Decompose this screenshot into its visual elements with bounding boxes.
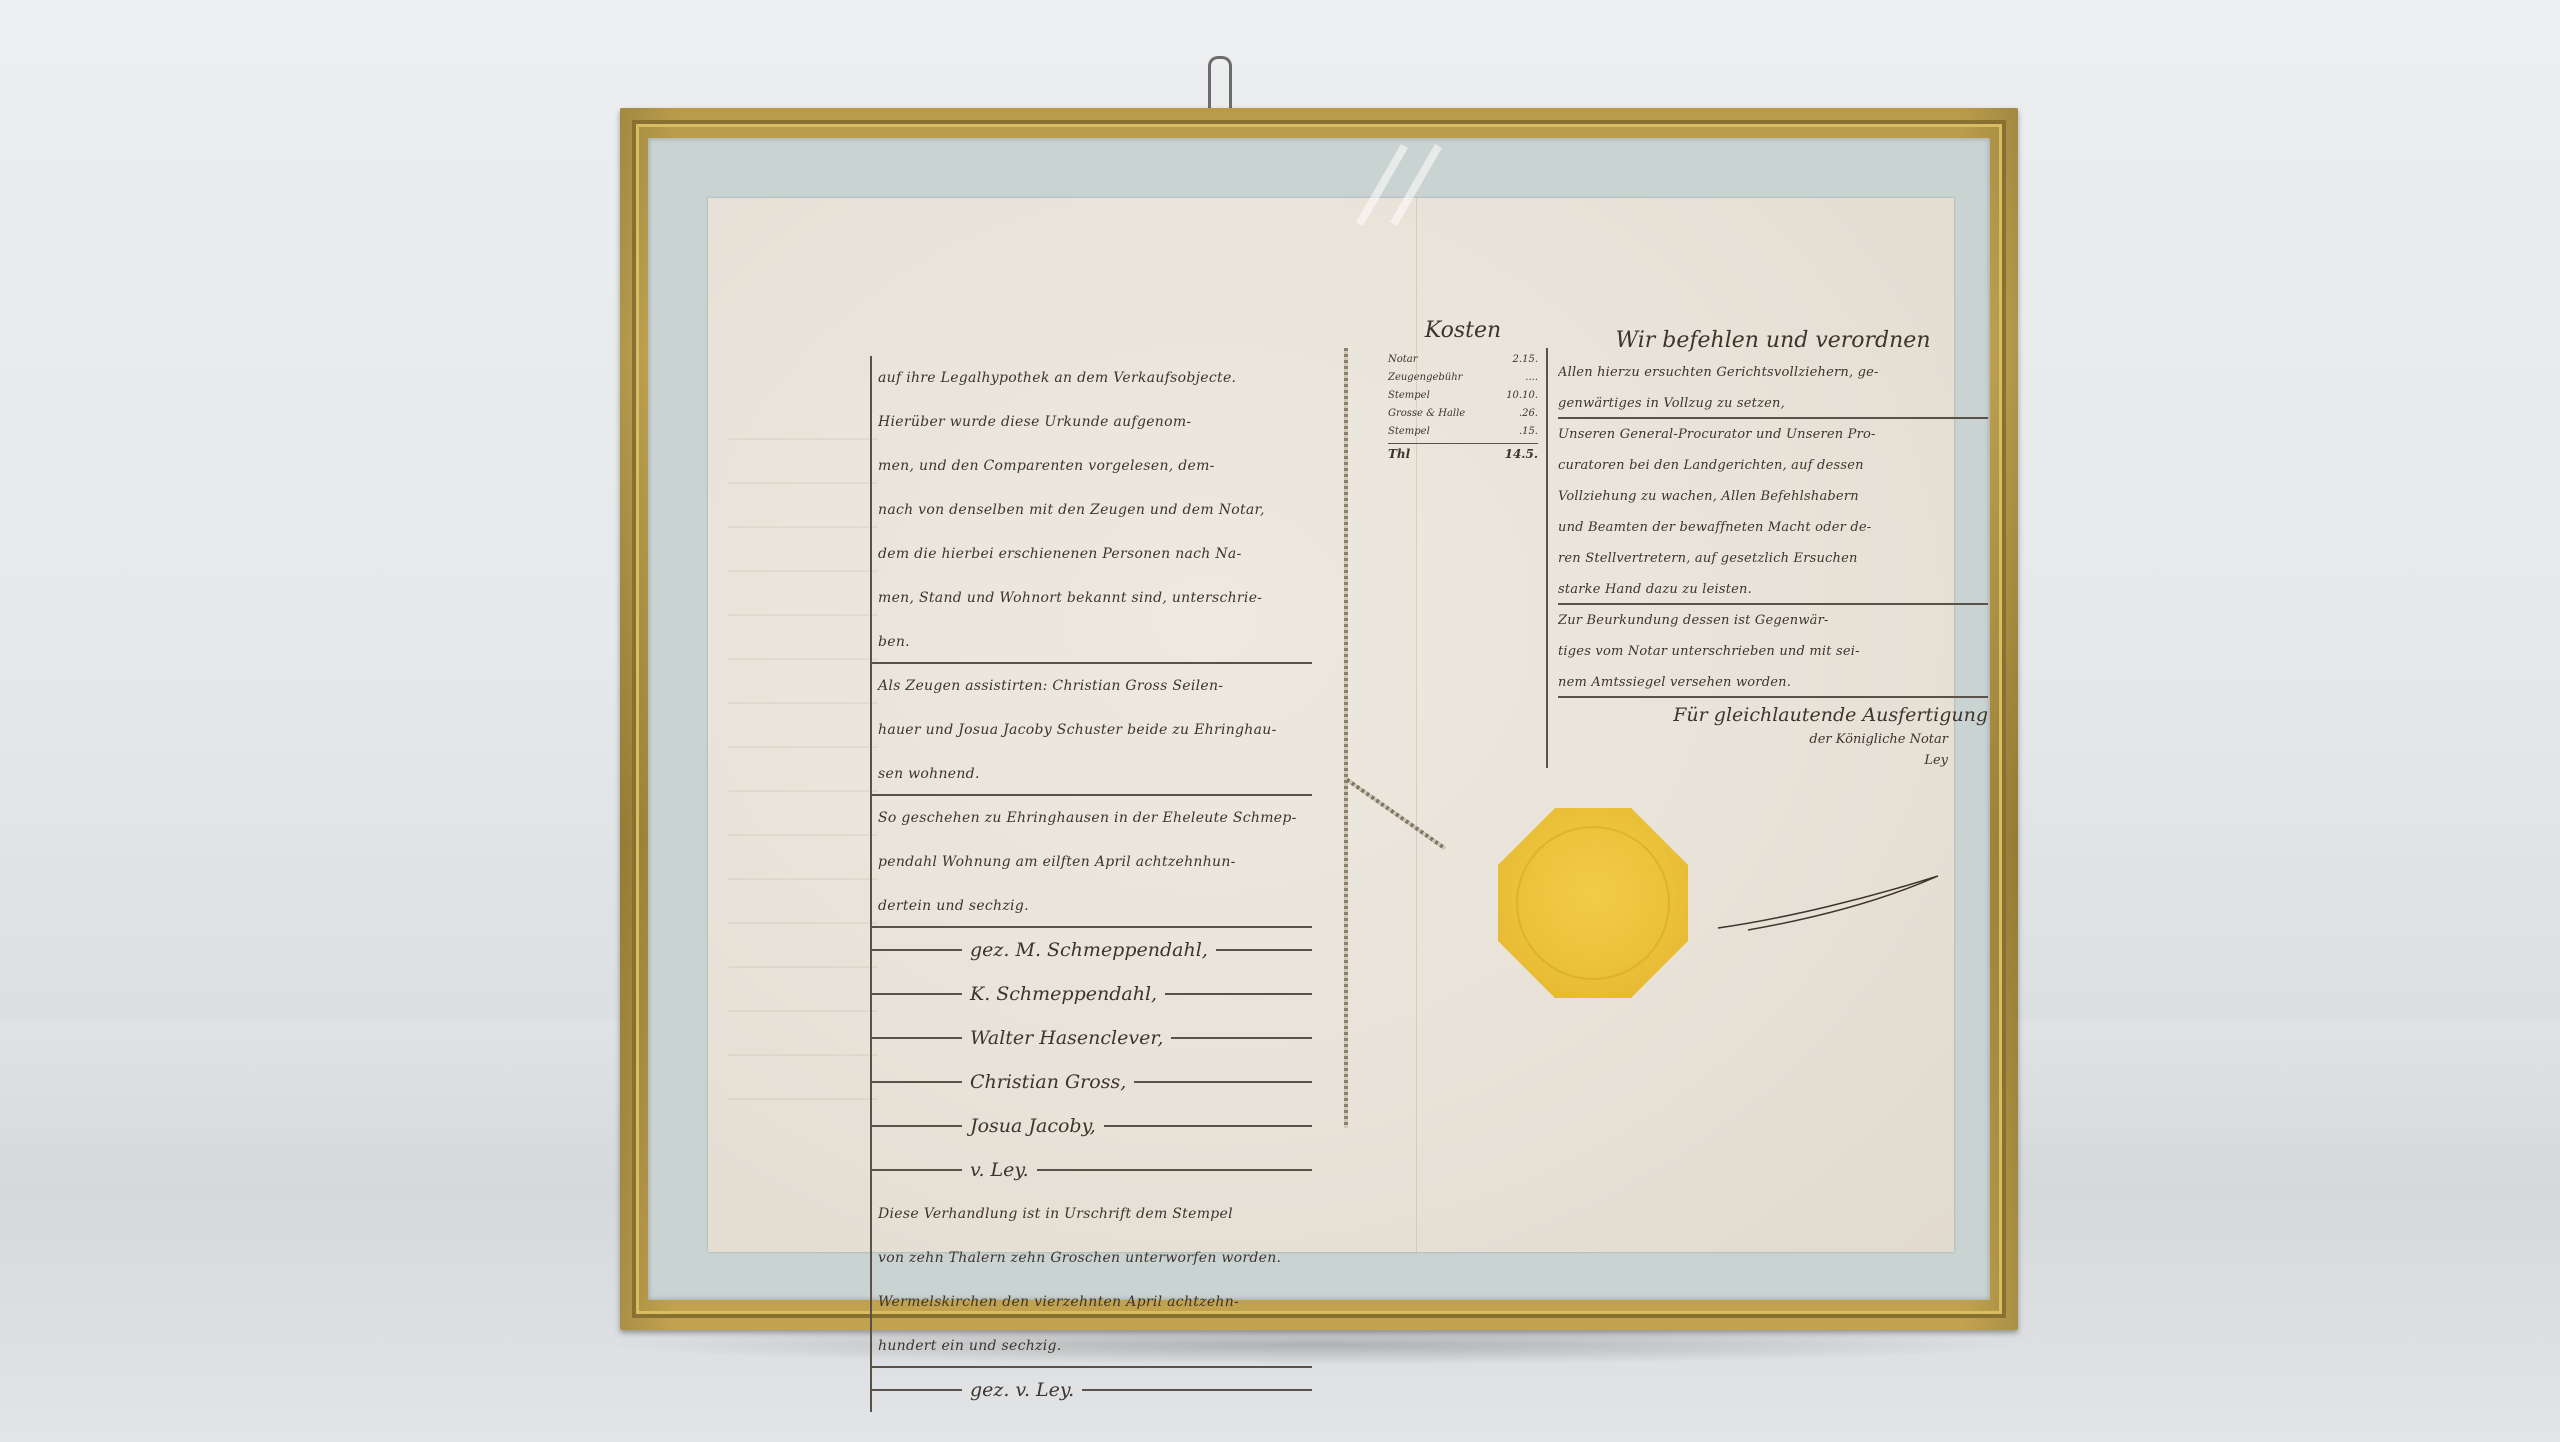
text-line: Zur Beurkundung dessen ist Gegenwär- bbox=[1558, 605, 1988, 636]
closing-line: Für gleichlautende Ausfertigung bbox=[1558, 704, 1988, 726]
fee-row: Notar2.15. bbox=[1388, 351, 1538, 369]
signature: gez. M. Schmeppendahl, bbox=[970, 939, 1208, 961]
binding-cord bbox=[1344, 348, 1348, 1128]
text-line: nach von denselben mit den Zeugen und de… bbox=[872, 488, 1312, 532]
text-line: Hierüber wurde diese Urkunde aufgenom- bbox=[872, 400, 1312, 444]
text-line: Vollziehung zu wachen, Allen Befehlshabe… bbox=[1558, 481, 1988, 512]
text-line: genwärtiges in Vollzug zu setzen, bbox=[1558, 388, 1988, 419]
signature: Walter Hasenclever, bbox=[970, 1027, 1163, 1049]
fees-title: Kosten bbox=[1388, 318, 1538, 343]
signature-row: gez. v. Ley. bbox=[872, 1368, 1312, 1412]
text-line: von zehn Thalern zehn Groschen unterworf… bbox=[872, 1236, 1312, 1280]
final-signature: gez. v. Ley. bbox=[970, 1379, 1074, 1401]
fee-total: Thl14.5. bbox=[1388, 443, 1538, 464]
text-line: dertein und sechzig. bbox=[872, 884, 1312, 928]
text-line: sen wohnend. bbox=[872, 752, 1312, 796]
text-line: hundert ein und sechzig. bbox=[872, 1324, 1312, 1368]
frame-shadow bbox=[600, 1325, 2030, 1365]
fee-row: Grosse & Halle.26. bbox=[1388, 405, 1538, 423]
fees-table: Kosten Notar2.15. Zeugengebühr.... Stemp… bbox=[1388, 318, 1538, 464]
seal-cord bbox=[1346, 778, 1447, 850]
column-divider bbox=[1546, 348, 1548, 768]
text-line: Allen hierzu ersuchten Gerichtsvollziehe… bbox=[1558, 357, 1988, 388]
signature-row: K. Schmeppendahl, bbox=[872, 972, 1312, 1016]
signature: K. Schmeppendahl, bbox=[970, 983, 1157, 1005]
decree-heading: Wir befehlen und verordnen bbox=[1558, 328, 1988, 353]
signature-row: gez. M. Schmeppendahl, bbox=[872, 928, 1312, 972]
text-line: men, Stand und Wohnort bekannt sind, unt… bbox=[872, 576, 1312, 620]
text-line: Diese Verhandlung ist in Urschrift dem S… bbox=[872, 1192, 1312, 1236]
signature-row: Christian Gross, bbox=[872, 1060, 1312, 1104]
document-paper: auf ihre Legalhypothek an dem Verkaufsob… bbox=[708, 198, 1954, 1252]
notary-signature: Ley bbox=[1558, 753, 1988, 768]
text-line: pendahl Wohnung am eilften April achtzeh… bbox=[872, 840, 1312, 884]
text-line: dem die hierbei erschienenen Personen na… bbox=[872, 532, 1312, 576]
mat-board: auf ihre Legalhypothek an dem Verkaufsob… bbox=[648, 138, 1990, 1300]
signature-flourish bbox=[1708, 868, 1948, 938]
signature-row: Walter Hasenclever, bbox=[872, 1016, 1312, 1060]
fee-row: Zeugengebühr.... bbox=[1388, 369, 1538, 387]
text-line: ren Stellvertretern, auf gesetzlich Ersu… bbox=[1558, 543, 1988, 574]
right-column: Wir befehlen und verordnen Allen hierzu … bbox=[1558, 328, 1988, 768]
left-column: auf ihre Legalhypothek an dem Verkaufsob… bbox=[870, 356, 1312, 1412]
text-line: auf ihre Legalhypothek an dem Verkaufsob… bbox=[872, 356, 1312, 400]
signature: Josua Jacoby, bbox=[970, 1115, 1096, 1137]
text-line: tiges vom Notar unterschrieben und mit s… bbox=[1558, 636, 1988, 667]
bleed-through-text bbox=[728, 438, 878, 1138]
seal-impression bbox=[1516, 826, 1670, 980]
wax-seal bbox=[1498, 808, 1688, 998]
text-line: ben. bbox=[872, 620, 1312, 664]
signature-row: Josua Jacoby, bbox=[872, 1104, 1312, 1148]
text-line: nem Amtssiegel versehen worden. bbox=[1558, 667, 1988, 698]
signature: v. Ley. bbox=[970, 1159, 1029, 1181]
text-line: und Beamten der bewaffneten Macht oder d… bbox=[1558, 512, 1988, 543]
text-line: So geschehen zu Ehringhausen in der Ehel… bbox=[872, 796, 1312, 840]
text-line: Wermelskirchen den vierzehnten April ach… bbox=[872, 1280, 1312, 1324]
text-line: Unseren General-Procurator und Unseren P… bbox=[1558, 419, 1988, 450]
fee-row: Stempel.15. bbox=[1388, 423, 1538, 441]
notary-title: der Königliche Notar bbox=[1558, 732, 1988, 747]
picture-frame: auf ihre Legalhypothek an dem Verkaufsob… bbox=[620, 108, 2018, 1330]
text-line: hauer und Josua Jacoby Schuster beide zu… bbox=[872, 708, 1312, 752]
signature: Christian Gross, bbox=[970, 1071, 1126, 1093]
signature-row: v. Ley. bbox=[872, 1148, 1312, 1192]
fee-row: Stempel10.10. bbox=[1388, 387, 1538, 405]
text-line: starke Hand dazu zu leisten. bbox=[1558, 574, 1988, 605]
text-line: curatoren bei den Landgerichten, auf des… bbox=[1558, 450, 1988, 481]
text-line: Als Zeugen assistirten: Christian Gross … bbox=[872, 664, 1312, 708]
text-line: men, und den Comparenten vorgelesen, dem… bbox=[872, 444, 1312, 488]
